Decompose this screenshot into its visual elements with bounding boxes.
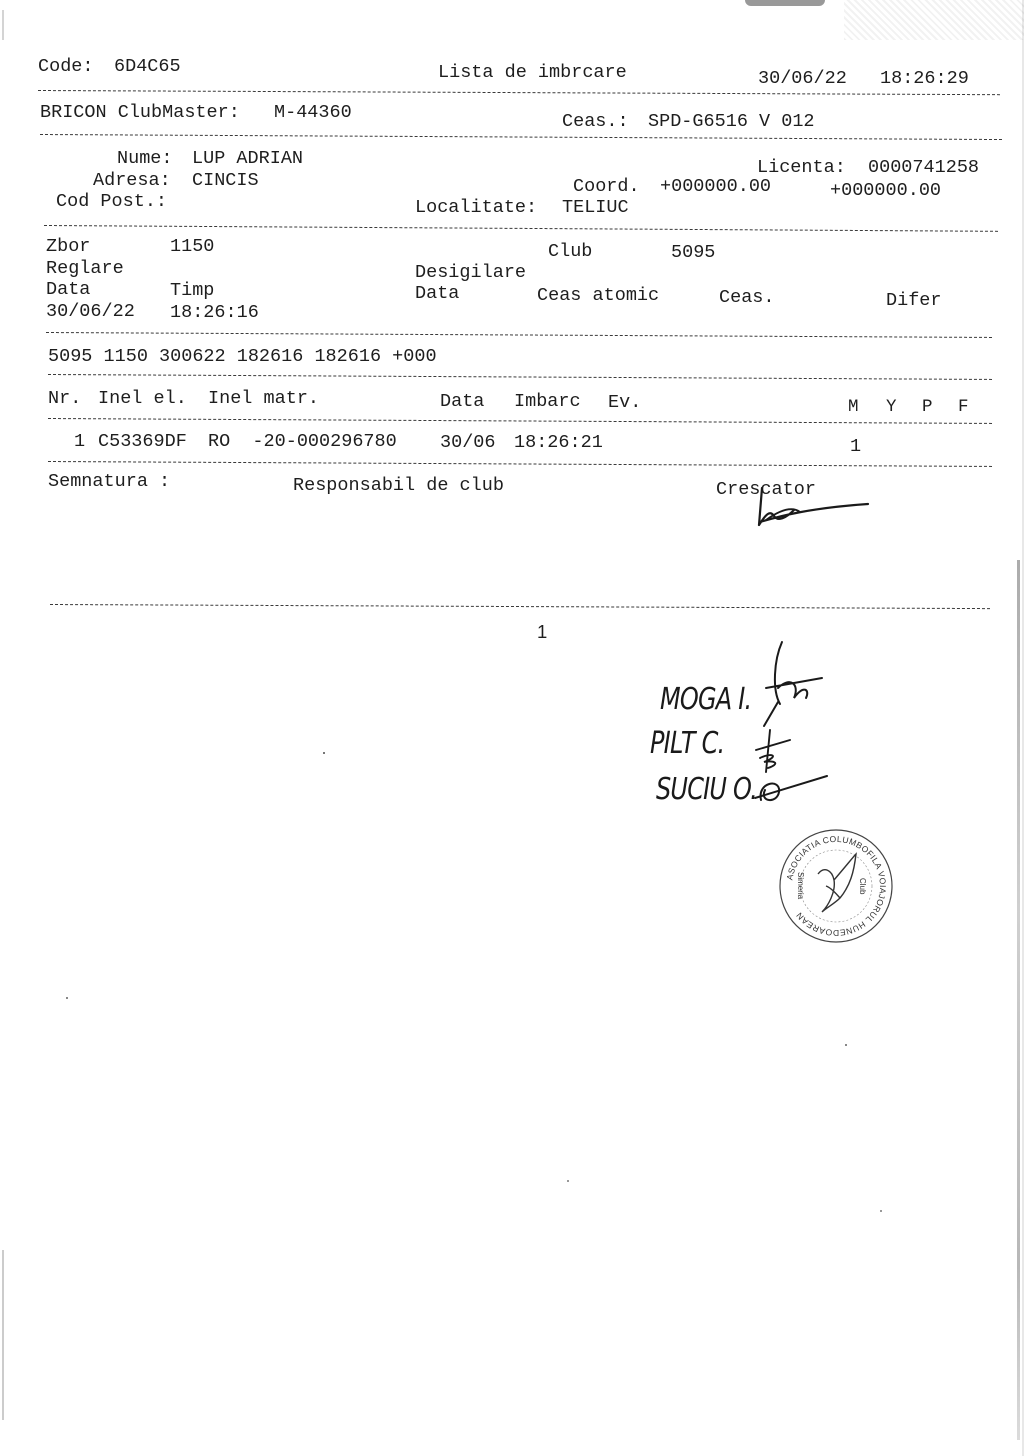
row-m: 1	[850, 436, 861, 458]
col-ring-number: Inel matr.	[208, 388, 319, 410]
divider	[50, 604, 990, 609]
fancier-name: LUP ADRIAN	[192, 148, 303, 170]
coord-lon: +000000.00	[830, 180, 941, 202]
print-date: 30/06/22	[758, 68, 847, 90]
row-basketing-time: 18:26:21	[514, 432, 603, 454]
setting-time: 18:26:16	[170, 302, 259, 324]
col-date: Data	[440, 391, 484, 413]
coord-label: Coord.	[573, 176, 640, 198]
col-electronic-ring: Inel el.	[98, 388, 187, 410]
committee-signature-3	[755, 772, 835, 812]
breeder-signature	[740, 480, 880, 540]
committee-name-1: MOGA I.	[660, 682, 751, 717]
clock-value: SPD-G6516 V 012	[648, 111, 815, 133]
col-event: Ev.	[608, 392, 641, 414]
col-p: P	[922, 396, 933, 418]
scan-edge-shadow	[1017, 560, 1020, 1440]
flight-label: Zbor	[46, 236, 90, 258]
stamp-seal-icon: ASOCIATIA COLUMBOFILA VOIAJORUL HUNEDOAR…	[776, 826, 896, 946]
committee-signature-2	[750, 728, 810, 778]
scan-speck	[66, 997, 68, 999]
setting-date: 30/06/22	[46, 301, 135, 323]
locality-value: TELIUC	[562, 197, 629, 219]
clubmaster-label: BRICON ClubMaster:	[40, 102, 240, 124]
name-label: Nume:	[117, 148, 173, 170]
license-value: 0000741258	[868, 157, 979, 179]
club-responsible-label: Responsabil de club	[293, 475, 504, 497]
scan-smudge	[745, 0, 825, 6]
clubmaster-value: M-44360	[274, 102, 352, 124]
divider	[44, 225, 998, 232]
divider	[48, 418, 992, 424]
scan-noise	[844, 0, 1024, 40]
divider	[48, 374, 992, 380]
unsealing-label: Desigilare	[415, 262, 526, 284]
scan-speck	[845, 1044, 847, 1046]
row-ring-number: RO -20-000296780	[208, 431, 397, 453]
row-electronic-ring: C53369DF	[98, 431, 187, 453]
signature-label: Semnatura :	[48, 471, 170, 493]
club-stamp: ASOCIATIA COLUMBOFILA VOIAJORUL HUNEDOAR…	[776, 826, 896, 946]
col-m: M	[848, 396, 859, 418]
col-f: F	[958, 396, 969, 418]
setting-col-date: Data	[46, 279, 90, 301]
locality-label: Localitate:	[415, 197, 537, 219]
divider	[38, 90, 1000, 95]
page-number: 1	[537, 621, 547, 643]
col-nr: Nr.	[48, 388, 81, 410]
svg-text:Simeria: Simeria	[796, 872, 805, 900]
scan-speck	[323, 752, 325, 754]
col-basketing: Imbarc	[514, 391, 581, 413]
row-date: 30/06	[440, 432, 496, 454]
flight-value: 1150	[170, 236, 214, 258]
setting-label: Reglare	[46, 258, 124, 280]
scan-edge-left-top	[2, 10, 4, 40]
clock-label: Ceas.:	[562, 111, 629, 133]
fancier-address: CINCIS	[192, 170, 259, 192]
svg-text:Club: Club	[858, 878, 867, 895]
document-title: Lista de imbrcare	[438, 62, 627, 84]
coord-lat: +000000.00	[660, 176, 771, 198]
club-label: Club	[548, 241, 592, 263]
committee-signature-1	[760, 640, 840, 730]
address-label: Adresa:	[93, 170, 171, 192]
divider	[48, 461, 992, 467]
divider	[40, 134, 1002, 140]
scan-speck	[567, 1180, 569, 1182]
scan-speck	[880, 1210, 882, 1212]
postcode-label: Cod Post.:	[56, 191, 167, 213]
col-y: Y	[886, 396, 897, 418]
row-nr: 1	[74, 431, 85, 453]
club-value: 5095	[671, 242, 715, 264]
unsealing-col-clock: Ceas.	[719, 287, 775, 309]
committee-name-2: PILT C.	[650, 726, 724, 761]
code-label: Code:	[38, 56, 94, 78]
divider	[46, 332, 992, 338]
unsealing-col-date: Data	[415, 283, 459, 305]
code-value: 6D4C65	[114, 56, 181, 78]
summary-line: 5095 1150 300622 182616 182616 +000	[48, 346, 437, 368]
print-time: 18:26:29	[880, 68, 969, 90]
setting-col-time: Timp	[170, 280, 214, 302]
scan-edge-left	[2, 1250, 4, 1420]
unsealing-col-atomic: Ceas atomic	[537, 285, 659, 307]
committee-name-3: SUCIU O.	[656, 772, 757, 807]
unsealing-col-diff: Difer	[886, 290, 942, 312]
